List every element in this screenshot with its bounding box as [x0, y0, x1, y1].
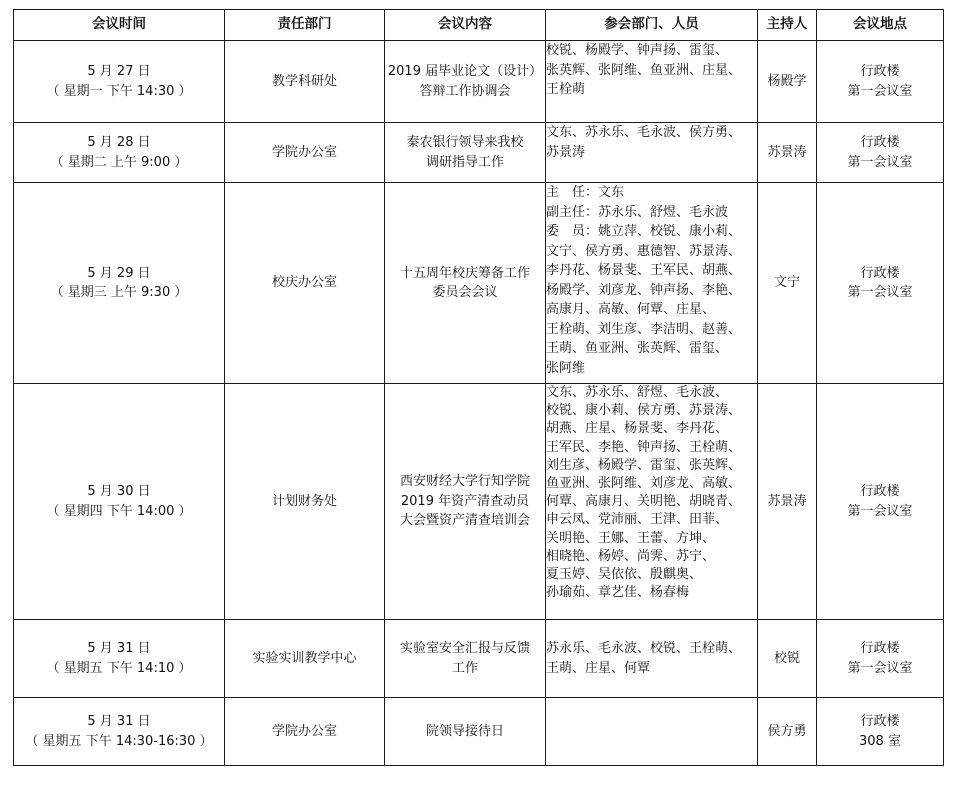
location-cell: 行政楼 第一会议室 [817, 620, 944, 698]
meeting-weekday-time: （ 星期三 上午 9:30 ） [14, 283, 224, 303]
meeting-time-cell: 5 月 29 日 （ 星期三 上午 9:30 ） [14, 183, 225, 384]
host-cell: 侯方勇 [758, 698, 817, 766]
content-cell: 西安财经大学行知学院 2019 年资产清查动员 大会暨资产清查培训会 [385, 384, 546, 620]
table-row: 5 月 30 日 （ 星期四 下午 14:00 ） 计划财务处 西安财经大学行知… [14, 384, 944, 620]
attendees-cell: 文东、苏永乐、毛永波、侯方勇、 苏景涛 [546, 123, 758, 183]
meeting-time-cell: 5 月 31 日 （ 星期五 下午 14:10 ） [14, 620, 225, 698]
location-cell: 行政楼 第一会议室 [817, 183, 944, 384]
meeting-weekday-time: （ 星期一 下午 14:30 ） [14, 82, 224, 102]
table-row: 5 月 29 日 （ 星期三 上午 9:30 ） 校庆办公室 十五周年校庆筹备工… [14, 183, 944, 384]
meeting-schedule-table: 会议时间 责任部门 会议内容 参会部门、人员 主持人 会议地点 5 月 27 日… [13, 9, 944, 766]
header-host: 主持人 [758, 10, 817, 41]
header-attendees: 参会部门、人员 [546, 10, 758, 41]
department-cell: 校庆办公室 [225, 183, 385, 384]
table-row: 5 月 31 日 （ 星期五 下午 14:10 ） 实验实训教学中心 实验室安全… [14, 620, 944, 698]
location-cell: 行政楼 第一会议室 [817, 384, 944, 620]
meeting-time-cell: 5 月 27 日 （ 星期一 下午 14:30 ） [14, 41, 225, 123]
meeting-time-cell: 5 月 30 日 （ 星期四 下午 14:00 ） [14, 384, 225, 620]
header-responsible-department: 责任部门 [225, 10, 385, 41]
meeting-date: 5 月 29 日 [14, 264, 224, 284]
host-cell: 校锐 [758, 620, 817, 698]
department-cell: 学院办公室 [225, 123, 385, 183]
attendees-cell: 文东、苏永乐、舒煜、毛永波、 校锐、康小莉、侯方勇、苏景涛、 胡燕、庄星、杨景斐… [546, 384, 758, 620]
meeting-weekday-time: （ 星期五 下午 14:10 ） [14, 659, 224, 679]
meeting-date: 5 月 31 日 [14, 712, 224, 732]
host-cell: 苏景涛 [758, 384, 817, 620]
department-cell: 实验实训教学中心 [225, 620, 385, 698]
table-row: 5 月 28 日 （ 星期二 上午 9:00 ） 学院办公室 秦农银行领导来我校… [14, 123, 944, 183]
meeting-date: 5 月 30 日 [14, 482, 224, 502]
table-row: 5 月 31 日 （ 星期五 下午 14:30-16:30 ） 学院办公室 院领… [14, 698, 944, 766]
department-cell: 计划财务处 [225, 384, 385, 620]
header-location: 会议地点 [817, 10, 944, 41]
meeting-weekday-time: （ 星期二 上午 9:00 ） [14, 153, 224, 173]
meeting-weekday-time: （ 星期五 下午 14:30-16:30 ） [14, 732, 224, 752]
host-cell: 文宁 [758, 183, 817, 384]
table-row: 5 月 27 日 （ 星期一 下午 14:30 ） 教学科研处 2019 届毕业… [14, 41, 944, 123]
attendees-cell: 主 任：文东 副主任：苏永乐、舒煜、毛永波 委 员：姚立萍、校锐、康小莉、 文宁… [546, 183, 758, 384]
meeting-date: 5 月 31 日 [14, 639, 224, 659]
department-cell: 学院办公室 [225, 698, 385, 766]
header-meeting-content: 会议内容 [385, 10, 546, 41]
location-cell: 行政楼 308 室 [817, 698, 944, 766]
content-cell: 十五周年校庆筹备工作 委员会会议 [385, 183, 546, 384]
host-cell: 苏景涛 [758, 123, 817, 183]
content-cell: 实验室安全汇报与反馈 工作 [385, 620, 546, 698]
meeting-date: 5 月 27 日 [14, 62, 224, 82]
content-cell: 秦农银行领导来我校 调研指导工作 [385, 123, 546, 183]
meeting-time-cell: 5 月 31 日 （ 星期五 下午 14:30-16:30 ） [14, 698, 225, 766]
meeting-weekday-time: （ 星期四 下午 14:00 ） [14, 502, 224, 522]
host-cell: 杨殿学 [758, 41, 817, 123]
header-meeting-time: 会议时间 [14, 10, 225, 41]
content-cell: 院领导接待日 [385, 698, 546, 766]
meeting-date: 5 月 28 日 [14, 133, 224, 153]
attendees-cell: 苏永乐、毛永波、校锐、王栓萌、 王萌、庄星、何覃 [546, 620, 758, 698]
content-cell: 2019 届毕业论文（设计） 答辩工作协调会 [385, 41, 546, 123]
location-cell: 行政楼 第一会议室 [817, 123, 944, 183]
header-row: 会议时间 责任部门 会议内容 参会部门、人员 主持人 会议地点 [14, 10, 944, 41]
attendees-cell: 校锐、杨殿学、钟声扬、雷玺、 张英辉、张阿维、鱼亚洲、庄星、 王栓萌 [546, 41, 758, 123]
location-cell: 行政楼 第一会议室 [817, 41, 944, 123]
attendees-cell [546, 698, 758, 766]
meeting-time-cell: 5 月 28 日 （ 星期二 上午 9:00 ） [14, 123, 225, 183]
department-cell: 教学科研处 [225, 41, 385, 123]
